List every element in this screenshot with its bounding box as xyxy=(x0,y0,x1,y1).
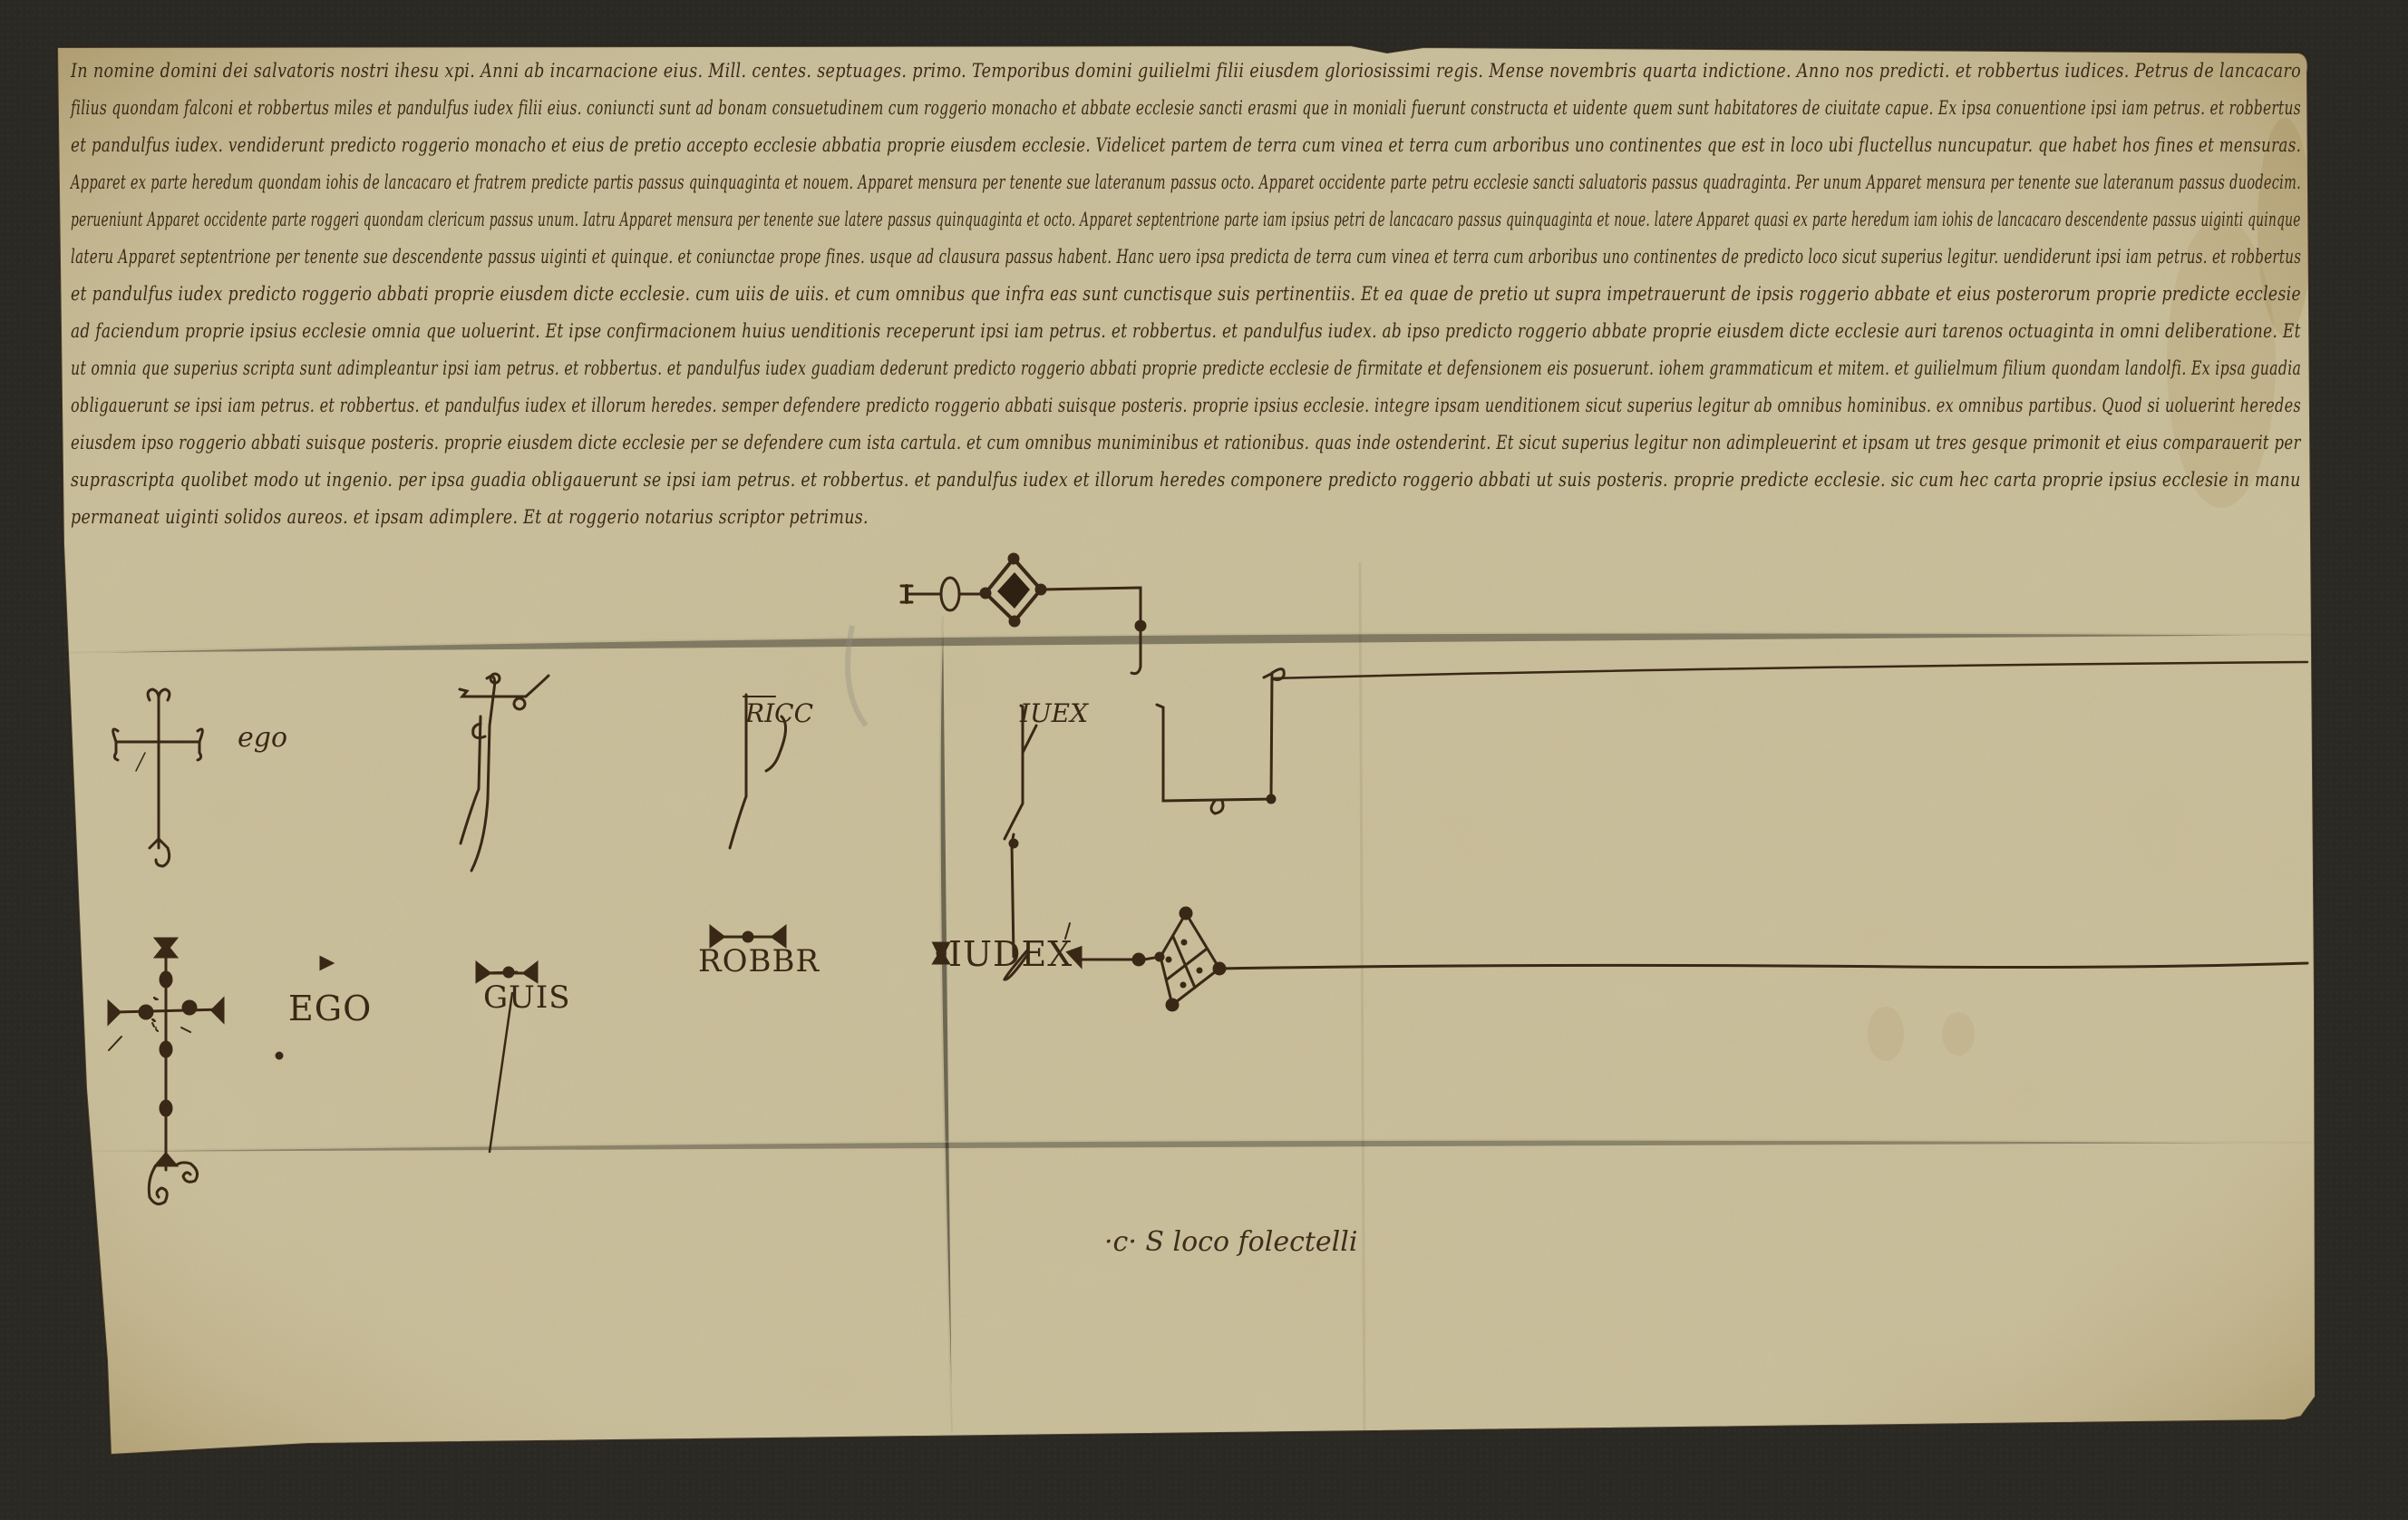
notary-sign-top xyxy=(901,554,1145,674)
iudex-label: IUDEX xyxy=(948,934,1073,974)
notary-sign-bottom xyxy=(1160,908,2307,1010)
monogram-signum-1 xyxy=(460,674,549,871)
cross-signum-1 xyxy=(113,689,203,866)
ricc-label: RICC xyxy=(745,698,813,728)
guis-label: GUIS xyxy=(483,979,571,1016)
rectangle-signum xyxy=(1157,662,2307,814)
cross-signum-2 xyxy=(109,939,282,1204)
robbr-label: ROBBR xyxy=(698,943,820,979)
archival-note: ·c· S loco folectelli xyxy=(1104,1226,1357,1258)
ego-subscription-1: ego xyxy=(238,722,287,754)
iuex-label: IUEX xyxy=(1020,698,1088,728)
ego-subscription-2: EGO xyxy=(288,989,372,1028)
signature-drawings xyxy=(0,0,2408,1520)
